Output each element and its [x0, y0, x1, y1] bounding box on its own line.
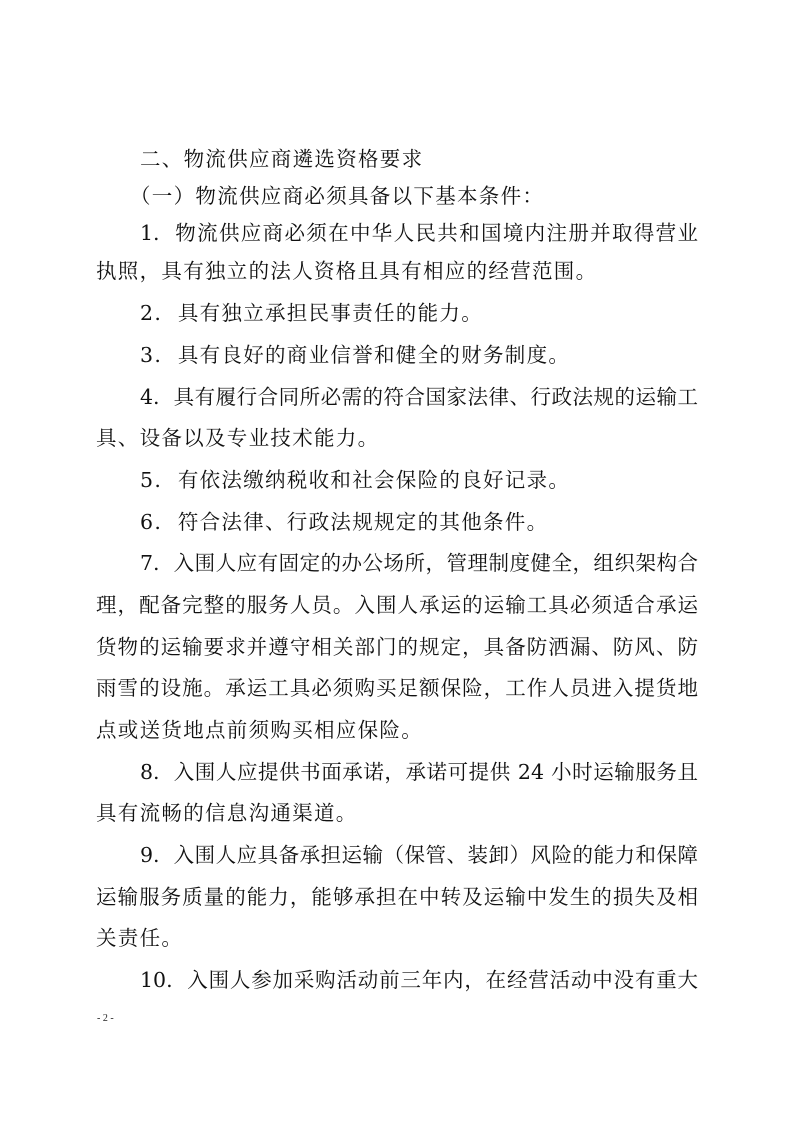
- item-text: 入围人应有固定的办公场所，管理制度健全，组织架构合: [174, 551, 698, 575]
- item-number: 8.: [140, 760, 160, 784]
- item-text: 入围人应具备承担运输（保管、装卸）风险的能力和保障: [174, 843, 698, 867]
- document-page: 二、物流供应商遴选资格要求 （一）物流供应商必须具备以下基本条件： 1. 物流供…: [0, 0, 793, 1122]
- item-text: 有依法缴纳税收和社会保险的良好记录。: [178, 468, 570, 492]
- list-item-7-line-1: 7. 入围人应有固定的办公场所，管理制度健全，组织架构合: [140, 550, 698, 576]
- item-number: 10.: [140, 968, 173, 992]
- list-item-7-line-5: 点或送货地点前须购买相应保险。: [96, 717, 423, 743]
- item-number: 4.: [140, 385, 160, 409]
- item-number: 5.: [140, 468, 162, 492]
- list-item-10-line-1: 10. 入围人参加采购活动前三年内，在经营活动中没有重大: [140, 967, 698, 993]
- list-item-4-line-1: 4. 具有履行合同所必需的符合国家法律、行政法规的运输工: [140, 384, 698, 410]
- page-number: - 2 -: [97, 1013, 114, 1025]
- list-item-6: 6. 符合法律、行政法规规定的其他条件。: [140, 509, 548, 535]
- list-item-3: 3. 具有良好的商业信誉和健全的财务制度。: [140, 342, 570, 368]
- list-item-7-line-2: 理，配备完整的服务人员。入围人承运的运输工具必须适合承运: [96, 592, 698, 618]
- item-number: 1.: [140, 221, 160, 245]
- list-item-1-line-2: 执照，具有独立的法人资格且具有相应的经营范围。: [96, 258, 597, 284]
- list-item-8-line-1: 8. 入围人应提供书面承诺，承诺可提供 24 小时运输服务且: [140, 759, 698, 785]
- list-item-1-line-1: 1. 物流供应商必须在中华人民共和国境内注册并取得营业: [140, 220, 698, 246]
- item-text: 具有独立承担民事责任的能力。: [178, 301, 483, 325]
- item-text: 具有履行合同所必需的符合国家法律、行政法规的运输工: [174, 385, 698, 409]
- list-item-7-line-4: 雨雪的设施。承运工具必须购买足额保险，工作人员进入提货地: [96, 675, 698, 701]
- list-item-9-line-3: 关责任。: [96, 925, 183, 951]
- subsection-heading: （一）物流供应商必须具备以下基本条件：: [130, 183, 544, 209]
- item-text: 入围人应提供书面承诺，承诺可提供 24 小时运输服务且: [174, 760, 698, 784]
- item-text: 具有良好的商业信誉和健全的财务制度。: [178, 343, 570, 367]
- list-item-7-line-3: 货物的运输要求并遵守相关部门的规定，具备防洒漏、防风、防: [96, 634, 698, 660]
- section-heading: 二、物流供应商遴选资格要求: [140, 146, 423, 172]
- list-item-8-line-2: 具有流畅的信息沟通渠道。: [96, 800, 358, 826]
- list-item-5: 5. 有依法缴纳税收和社会保险的良好记录。: [140, 467, 570, 493]
- list-item-9-line-2: 运输服务质量的能力，能够承担在中转及运输中发生的损失及相: [96, 884, 698, 910]
- item-text: 物流供应商必须在中华人民共和国境内注册并取得营业: [175, 221, 698, 245]
- item-number: 2.: [140, 301, 162, 325]
- item-text: 入围人参加采购活动前三年内，在经营活动中没有重大: [187, 968, 698, 992]
- list-item-2: 2. 具有独立承担民事责任的能力。: [140, 300, 483, 326]
- item-text: 符合法律、行政法规规定的其他条件。: [178, 510, 549, 534]
- item-number: 6.: [140, 510, 162, 534]
- list-item-9-line-1: 9. 入围人应具备承担运输（保管、装卸）风险的能力和保障: [140, 842, 698, 868]
- list-item-4-line-2: 具、设备以及专业技术能力。: [96, 425, 379, 451]
- item-number: 7.: [140, 551, 160, 575]
- item-number: 9.: [140, 843, 160, 867]
- item-number: 3.: [140, 343, 162, 367]
